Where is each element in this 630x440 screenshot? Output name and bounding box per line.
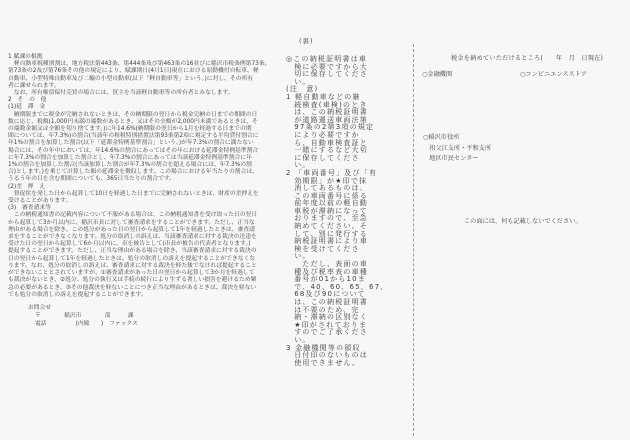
text-line: でも処分の取消しの訴えを提起することができます。: [8, 292, 274, 299]
contact-lines: 〒 稲沢市 部 課電話 (内線 ) ファックス: [35, 312, 138, 328]
text-line: 〒 稲沢市 部 課: [35, 312, 138, 320]
page-side-label: (裏): [299, 36, 314, 45]
contact-heading: お問合せ: [28, 304, 138, 312]
text-line: も裁決がないとき、②処分、処分の執行又は手続の続行により生ずる著しい損害を避ける…: [8, 277, 274, 284]
text-line: 祖父江支所・平和支所: [423, 144, 491, 155]
location-convenience-store: ○コンビニエンスストア: [520, 69, 587, 78]
text-line: 年1%の割合を加算した割合(以下「延滞金特例基準割合」という。)が年7.3%の割…: [8, 140, 274, 147]
text-line: 提起することができます。ただし、正当な理由がある場合を除き、当該審査請求に対する…: [8, 248, 274, 255]
text-line: 督促状を発した日から起算して10日を経過した日までに完納されないときは、財産の差…: [8, 191, 274, 198]
location-city-offices: ○稲沢市役所 祖父江支所・平和支所 地区市民センター: [423, 133, 491, 165]
text-line: 急の必要があるとき、③その他裁決を経ないことにつき正当な理由があるときは、裁決を…: [8, 285, 274, 292]
text-line: 第73条の2及び第76条その他の規定により、賦課期日(4月1日)現在における原動…: [8, 68, 274, 75]
text-line: から起算して3か月以内に、稲沢市長に対して審査請求をすることができます。ただし、…: [8, 220, 274, 227]
text-line: 電話 (内線 ) ファックス: [35, 320, 138, 328]
text-line: 場合には、その年中においては、年14.6%の割合にあってはその年における延滞金特…: [8, 148, 274, 155]
text-line: 理由がある場合を除き、この処分があった日の翌日から起算して1年を経過したときは、…: [8, 227, 274, 234]
tax-certificate-notes-column: ◎この納税証明書は車 検に必要ですから大 切に保存してくださ い。(注 意)1 …: [286, 56, 394, 367]
text-line: ○稲沢市役所: [423, 133, 491, 144]
payment-locations-title: 税金を納めていただけるところ( 年 月 日現在): [451, 53, 603, 62]
text-line: うるう年の日を含む期間についても、365日当たりの割合です。: [8, 176, 274, 183]
text-line: 自動車、小型特殊自動車及び二輪の小型自動車(以下「軽自動車等」という。)に対し、…: [8, 76, 274, 83]
text-line: 地区市民センター: [423, 154, 491, 165]
text-line: 2 そ の 他: [8, 97, 274, 104]
text-line: ります。なお、処分の取消しの訴えは、審査請求に対する裁決を経た後でなければ提起す…: [8, 263, 274, 270]
text-line: 数に応じ、税額(1,000円未満の端数があるとき、又はその全額が2,000円未満…: [8, 119, 274, 126]
text-line: (2)差 押 え: [8, 184, 274, 191]
text-line: 使用できません。: [286, 360, 394, 368]
text-line: 者に課せられます。: [8, 83, 274, 90]
scanned-tax-notice-back: (裏) 1 賦課の根拠 軽自動車税種別割は、地方税法第443条、第444条及び第…: [0, 0, 630, 440]
legal-text-column: 1 賦課の根拠 軽自動車税種別割は、地方税法第443条、第444条及び第463条…: [8, 54, 274, 299]
location-financial-institution: ○金融機関: [422, 69, 452, 78]
contact-block: お問合せ 〒 稲沢市 部 課電話 (内線 ) ファックス: [28, 304, 138, 329]
text-line: に年7.3%の割合を加算した割合とし、年7.3%の割合にあっては当該延滞金特例基…: [8, 155, 274, 162]
payment-locations-panel: 税金を納めていただけるところ( 年 月 日現在) ○金融機関 ○コンビニエンスス…: [413, 0, 630, 440]
text-line: 納期限までに税金が完納されないときは、その納期限の翌日から税金完納の日までの期間…: [8, 112, 274, 119]
text-line: 日の翌日から起算して1年を経過したときは、処分の取消しの訴えを提起することができ…: [8, 256, 274, 263]
text-line: (1)延 滞 金: [8, 104, 274, 111]
do-not-write-notice: この面には、何も記載しないでください。: [464, 216, 582, 225]
text-line: この納税通知書の記載内容について不服がある場合は、この納税通知書を受け取った日の…: [8, 212, 274, 219]
text-line: なお、所有権留保付売買の場合には、買主を当該軽自動車等の所有者とみなします。: [8, 90, 274, 97]
